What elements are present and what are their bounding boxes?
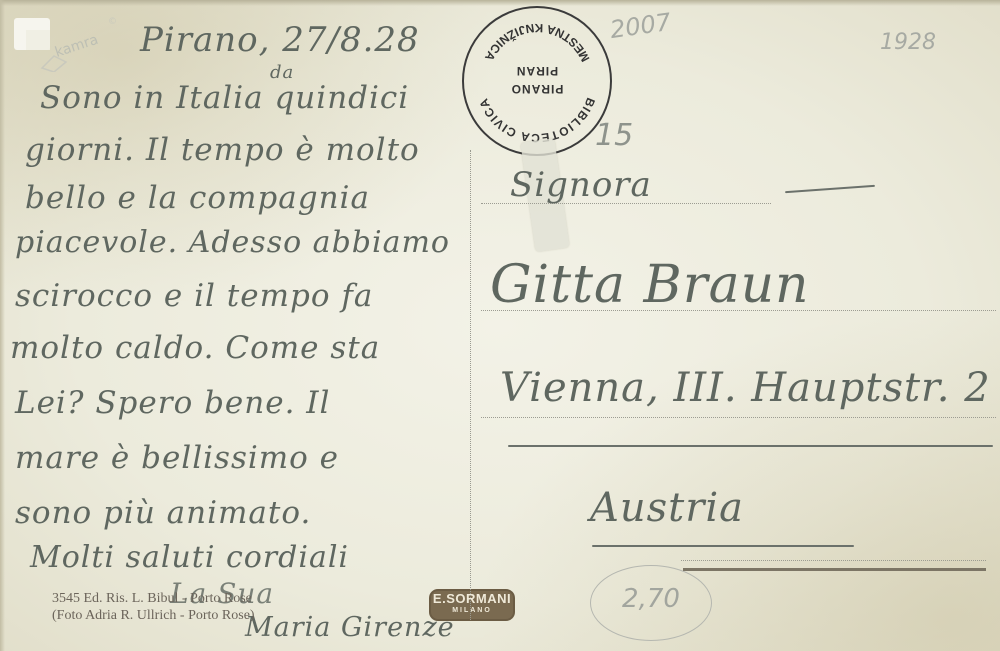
address-country: Austria [590, 485, 744, 531]
sormani-publisher-logo: E.SORMANI MILANO [429, 589, 515, 621]
postcard-back: kamra © Pirano, 27/8.28 da Sono in Itali… [0, 0, 1000, 651]
sormani-logo-bottom: MILANO [431, 606, 513, 615]
kamra-watermark: kamra © [12, 12, 122, 72]
address-line-3 [481, 417, 996, 418]
stamp-center-pirano: PIRANO [464, 82, 610, 96]
printer-credit-line2: (Foto Adria R. Ullrich - Porto Rose) [52, 607, 255, 624]
message-line: piacevole. Adesso abbiamo [15, 225, 450, 260]
price-note: 2,70 [591, 584, 711, 614]
message-line: molto caldo. Come sta [10, 330, 380, 366]
price-circle: 2,70 [590, 565, 712, 641]
signature-name: Maria Girenze [245, 612, 455, 643]
svg-text:kamra: kamra [53, 32, 100, 61]
message-line: mare è bellissimo e [15, 440, 339, 476]
center-divider [470, 150, 471, 620]
stamp-ring-text-icon: BIBLIOTECA CIVICA MESTNA KNJIŽNICA [464, 8, 610, 154]
stamp-center-piran: PIRAN [464, 64, 610, 78]
address-name: Gitta Braun [490, 255, 810, 315]
country-underline [592, 545, 854, 547]
message-line: Molti saluti cordiali [30, 540, 349, 575]
place-date: Pirano, 27/8.28 [140, 20, 420, 60]
message-line: bello e la compagnia [25, 180, 370, 216]
message-line: sono più animato. [15, 495, 311, 531]
scan-edge-left [0, 0, 5, 651]
address-street: Vienna, III. Hauptstr. 2 [500, 365, 991, 411]
scan-edge-top [0, 0, 1000, 6]
message-line: giorni. Il tempo è molto [25, 132, 420, 168]
address-salutation: Signora [510, 165, 652, 205]
inventory-number: 2007 [608, 8, 672, 44]
small-number-note: 15 [595, 118, 633, 153]
library-stamp: BIBLIOTECA CIVICA MESTNA KNJIŽNICA PIRAN… [462, 6, 612, 156]
address-solid-line [683, 568, 986, 571]
svg-text:BIBLIOTECA CIVICA: BIBLIOTECA CIVICA [476, 96, 598, 145]
address-line-4 [681, 560, 986, 561]
salutation-stroke [785, 185, 875, 193]
kamra-logo-icon: kamra © [12, 12, 122, 72]
printer-credit-line1: 3545 Ed. Ris. L. Bibul - Porto Rose [52, 590, 255, 607]
printer-credit: 3545 Ed. Ris. L. Bibul - Porto Rose (Fot… [52, 590, 255, 624]
message-line: scirocco e il tempo fa [15, 278, 373, 314]
svg-text:©: © [108, 17, 117, 27]
sormani-logo-top: E.SORMANI [431, 591, 513, 606]
message-line: Sono in Italia quindici [40, 80, 409, 116]
svg-text:MESTNA KNJIŽNICA: MESTNA KNJIŽNICA [482, 21, 593, 64]
year-note: 1928 [880, 30, 936, 55]
message-line: Lei? Spero bene. Il [15, 385, 330, 421]
street-underline [508, 445, 993, 447]
